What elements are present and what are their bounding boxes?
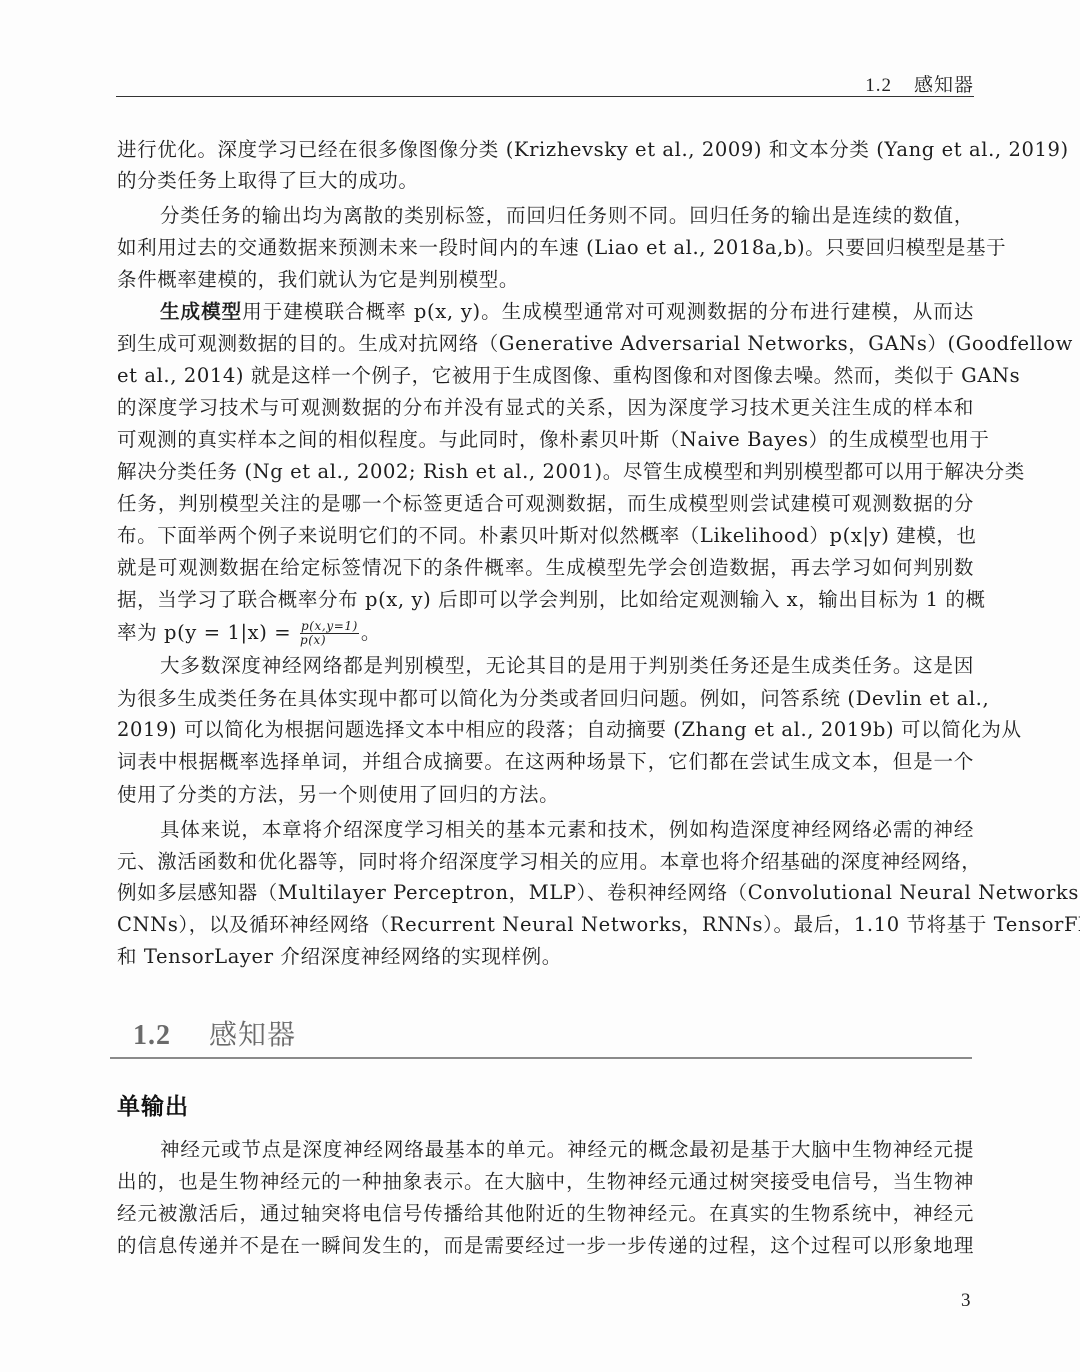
section-paragraph-line: 出的，也是生物神经元的一种抽象表示。在大脑中，生物神经元通过树突接受电信号，当生… bbox=[117, 1168, 974, 1196]
paragraph-line-p4: 大多数深度神经网络都是判别模型，无论其目的是用于判别类任务还是生成类任务。这是因 bbox=[160, 652, 974, 680]
paragraph-line-p3: 生成模型用于建模联合概率 p(x, y)。生成模型通常对可观测数据的分布进行建模… bbox=[160, 298, 974, 326]
paragraph-line-p3: 就是可观测数据在给定标签情况下的条件概率。生成模型先学会创造数据，再去学习如何判… bbox=[117, 554, 974, 582]
paragraph-line-p2: 分类任务的输出均为离散的类别标签，而回归任务则不同。回归任务的输出是连续的数值， bbox=[160, 202, 974, 230]
running-header-section-title: 感知器 bbox=[914, 74, 974, 96]
paragraph-line-p3: 任务，判别模型关注的是哪一个标签更适合可观测数据，而生成模型则尝试建模可观测数据… bbox=[117, 490, 974, 518]
fraction-formula: p(x,y=1)p(x) bbox=[300, 620, 359, 647]
paragraph-line-p5: 具体来说，本章将介绍深度学习相关的基本元素和技术，例如构造深度神经网络必需的神经 bbox=[160, 816, 974, 844]
paragraph-line-p3: 率为 p(y = 1|x) = p(x,y=1)p(x)。 bbox=[117, 619, 974, 647]
paragraph-line-p2: 条件概率建模的，我们就认为它是判别模型。 bbox=[117, 266, 974, 294]
paragraph-line-p3: 到生成可观测数据的目的。生成对抗网络（Generative Adversaria… bbox=[117, 330, 974, 358]
paragraph-line-p5: 例如多层感知器（Multilayer Perceptron，MLP）、卷积神经网… bbox=[117, 879, 974, 907]
paragraph-line-p3: 布。下面举两个例子来说明它们的不同。朴素贝叶斯对似然概率（Likelihood）… bbox=[117, 522, 974, 550]
paragraph-line-p5: 元、激活函数和优化器等，同时将介绍深度学习相关的应用。本章也将介绍基础的深度神经… bbox=[117, 848, 974, 876]
paragraph-line-p4: 使用了分类的方法，另一个则使用了回归的方法。 bbox=[117, 781, 974, 809]
paragraph-line-p1: 进行优化。深度学习已经在很多像图像分类 (Krizhevsky et al., … bbox=[117, 136, 974, 164]
paragraph-line-p2: 如利用过去的交通数据来预测未来一段时间内的车速 (Liao et al., 20… bbox=[117, 234, 974, 262]
header-rule bbox=[116, 96, 974, 97]
paragraph-line-p3: 解决分类任务 (Ng et al., 2002; Rish et al., 20… bbox=[117, 458, 974, 486]
section-paragraph-line: 神经元或节点是深度神经网络最基本的单元。神经元的概念最初是基于大脑中生物神经元提 bbox=[160, 1136, 974, 1164]
paragraph-line-p5: CNNs），以及循环神经网络（Recurrent Neural Networks… bbox=[117, 911, 974, 939]
section-rule bbox=[110, 1057, 972, 1059]
running-header: 1.2感知器 bbox=[865, 70, 974, 97]
section-title: 感知器 bbox=[209, 1018, 296, 1051]
paragraph-line-p5: 和 TensorLayer 介绍深度神经网络的实现样例。 bbox=[117, 943, 974, 971]
paragraph-line-p3: et al., 2014) 就是这样一个例子，它被用于生成图像、重构图像和对图像… bbox=[117, 362, 974, 390]
section-heading: 1.2感知器 bbox=[133, 1013, 296, 1053]
section-number: 1.2 bbox=[133, 1020, 171, 1051]
paragraph-line-p1: 的分类任务上取得了巨大的成功。 bbox=[117, 167, 974, 195]
paragraph-line-p3: 可观测的真实样本之间的相似程度。与此同时，像朴素贝叶斯（Naive Bayes）… bbox=[117, 426, 974, 454]
running-header-section-number: 1.2 bbox=[865, 75, 892, 96]
paragraph-line-p4: 为很多生成类任务在具体实现中都可以简化为分类或者回归问题。例如，问答系统 (De… bbox=[117, 685, 974, 713]
section-paragraph-line: 的信息传递并不是在一瞬间发生的，而是需要经过一步一步传递的过程，这个过程可以形象… bbox=[117, 1232, 974, 1260]
paragraph-line-p3: 的深度学习技术与可观测数据的分布并没有显式的关系，因为深度学习技术更关注生成的样… bbox=[117, 394, 974, 422]
paragraph-line-p4: 2019) 可以简化为根据问题选择文本中相应的段落；自动摘要 (Zhang et… bbox=[117, 716, 974, 744]
page-number: 3 bbox=[961, 1290, 971, 1312]
paragraph-line-p4: 词表中根据概率选择单词，并组合成摘要。在这两种场景下，它们都在尝试生成文本，但是… bbox=[117, 748, 974, 776]
book-page: 1.2感知器 进行优化。深度学习已经在很多像图像分类 (Krizhevsky e… bbox=[0, 0, 1080, 1372]
section-paragraph-line: 经元被激活后，通过轴突将电信号传播给其他附近的生物神经元。在真实的生物系统中，神… bbox=[117, 1200, 974, 1228]
paragraph-line-p3: 据，当学习了联合概率分布 p(x, y) 后即可以学会判别，比如给定观测输入 x… bbox=[117, 586, 974, 614]
term-highlight: 生成模型 bbox=[160, 300, 242, 323]
subsection-heading: 单输出 bbox=[117, 1088, 189, 1121]
